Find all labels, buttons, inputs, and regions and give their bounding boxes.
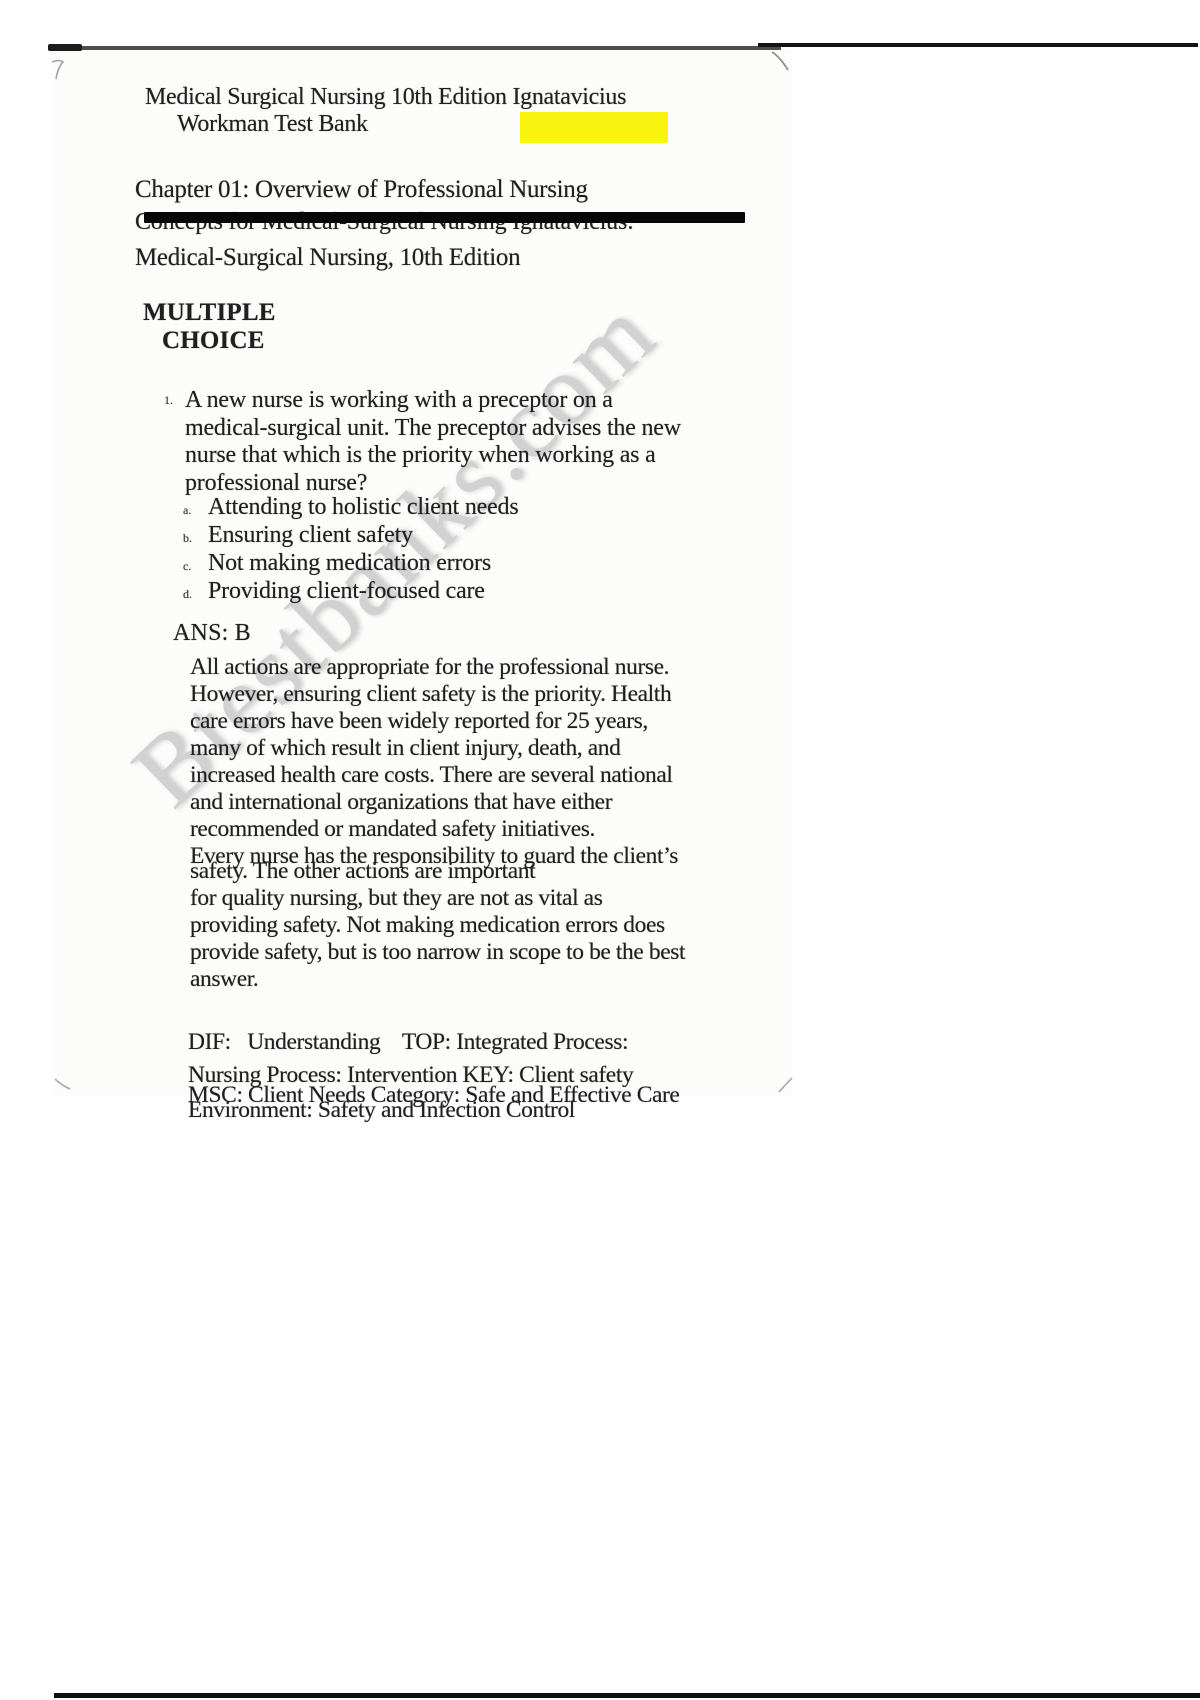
question-text: A new nurse is working with a preceptor …	[185, 387, 681, 497]
scanned-document-page: Btestbanks.com Medical Surgical Nursing …	[0, 0, 1200, 1700]
section-heading-line-2: CHOICE	[143, 327, 276, 355]
rationale-line: many of which result in client injury, d…	[190, 735, 685, 762]
top-rule-left-segment	[48, 46, 781, 50]
corner-mark-top-right	[770, 50, 792, 74]
top-rule-right-segment	[758, 43, 1198, 47]
rationale-line: care errors have been widely reported fo…	[190, 708, 685, 735]
rationale-line: provide safety, but is too narrow in sco…	[190, 939, 685, 966]
option-row-c: c. Not making medication errors	[183, 550, 518, 578]
answer-options: a. Attending to holistic client needs b.…	[183, 494, 518, 606]
rationale-line: However, ensuring client safety is the p…	[190, 681, 685, 708]
corner-mark-bottom-right	[776, 1076, 796, 1096]
option-text: Providing client-focused care	[208, 578, 485, 605]
rationale-line: recommended or mandated safety initiativ…	[190, 816, 685, 843]
redaction-strike-bar	[144, 212, 745, 223]
option-row-b: b. Ensuring client safety	[183, 522, 518, 550]
rationale-line: for quality nursing, but they are not as…	[190, 885, 685, 912]
question-line: nurse that which is the priority when wo…	[185, 442, 681, 470]
rationale-line: providing safety. Not making medication …	[190, 912, 685, 939]
section-heading: MULTIPLE CHOICE	[143, 299, 276, 355]
yellow-highlight	[520, 112, 668, 143]
option-letter: b.	[183, 531, 208, 546]
edition-line: Medical-Surgical Nursing, 10th Edition	[135, 244, 520, 272]
option-text: Attending to holistic client needs	[208, 494, 518, 521]
meta-line-dif-top: DIF: Understanding TOP: Integrated Proce…	[188, 1029, 679, 1056]
answer-label: ANS: B	[173, 620, 251, 647]
option-row-d: d. Providing client-focused care	[183, 578, 518, 606]
option-letter: d.	[183, 587, 208, 602]
rationale-paragraph: All actions are appropriate for the prof…	[190, 654, 685, 993]
section-heading-line-1: MULTIPLE	[143, 299, 276, 327]
title-line-1: Medical Surgical Nursing 10th Edition Ig…	[145, 84, 626, 111]
option-row-a: a. Attending to holistic client needs	[183, 494, 518, 522]
option-text: Ensuring client safety	[208, 522, 413, 549]
question-number: 1.	[164, 393, 173, 408]
question-line: professional nurse?	[185, 470, 681, 498]
bottom-rule	[54, 1693, 1200, 1698]
rationale-line: increased health care costs. There are s…	[190, 762, 685, 789]
question-line: medical-surgical unit. The preceptor adv…	[185, 415, 681, 443]
rationale-line: answer.	[190, 966, 685, 993]
question-line: A new nurse is working with a preceptor …	[185, 387, 681, 415]
option-letter: c.	[183, 559, 208, 574]
question-metadata: DIF: Understanding TOP: Integrated Proce…	[188, 1029, 679, 1124]
chapter-heading: Chapter 01: Overview of Professional Nur…	[135, 176, 588, 204]
corner-mark-top-left	[50, 58, 68, 82]
corner-mark-bottom-left	[52, 1076, 74, 1098]
top-rule-left-cap	[48, 44, 82, 51]
rationale-line: and international organizations that hav…	[190, 789, 685, 816]
rationale-line: All actions are appropriate for the prof…	[190, 654, 685, 681]
option-letter: a.	[183, 503, 208, 518]
option-text: Not making medication errors	[208, 550, 491, 577]
